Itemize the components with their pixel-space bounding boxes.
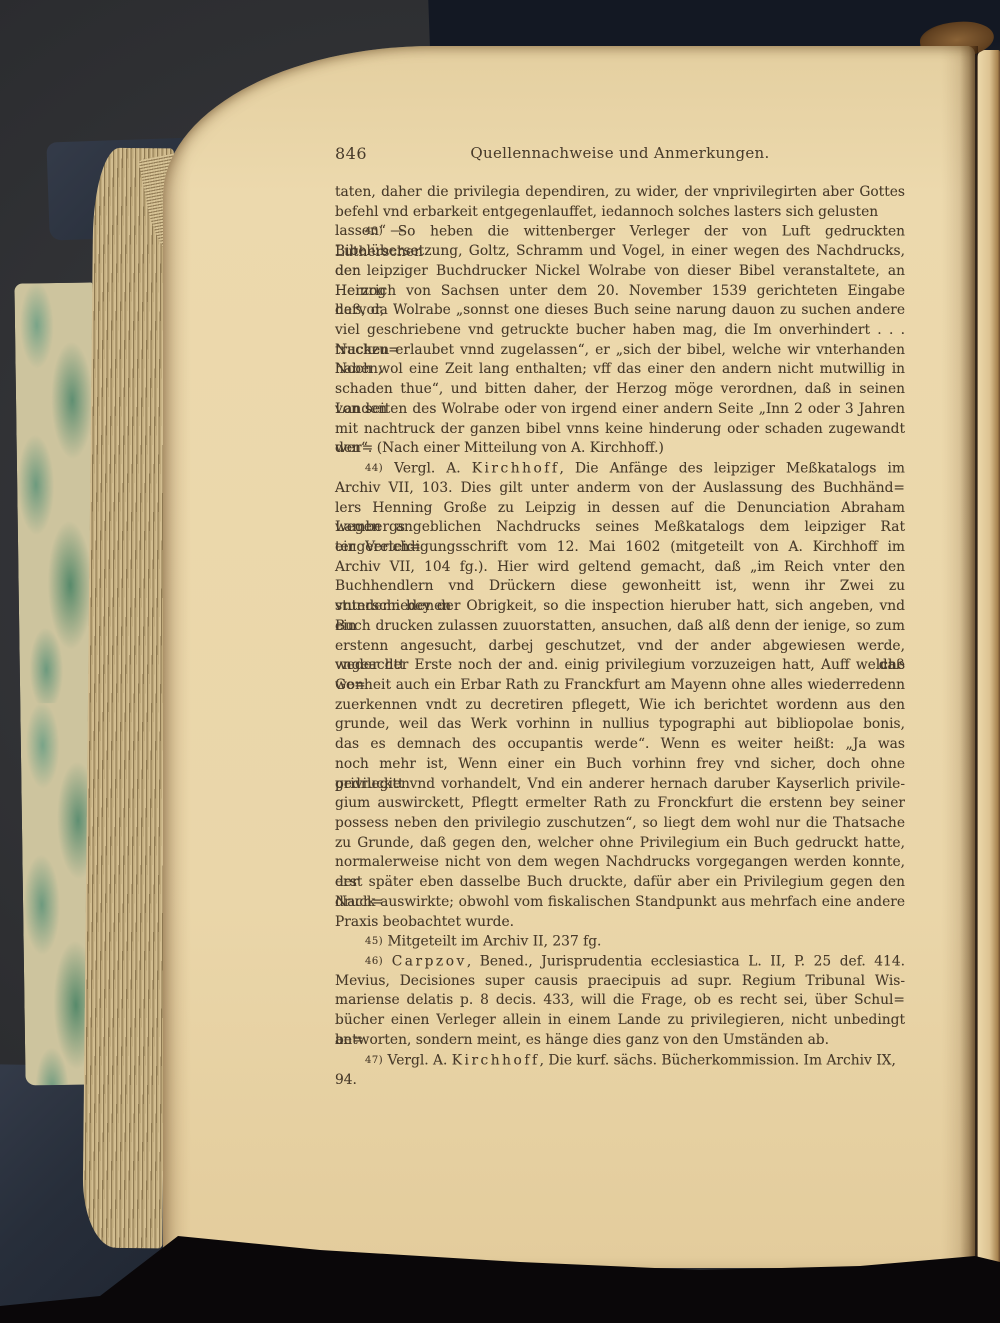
text-line: Praxis beobachtet wurde.: [335, 913, 905, 933]
footnote-number: 44): [365, 463, 383, 474]
text-segment: Archiv VII, 103. Dies gilt unter anderm …: [335, 480, 905, 496]
text-line: Mevius, Decisiones super causis praecipu…: [335, 972, 905, 992]
text-line: den“. (Nach einer Mitteilung von A. Kirc…: [335, 439, 905, 459]
text-line: Archiv VII, 104 fg.). Hier wird geltend …: [335, 558, 905, 578]
text-line: Archiv VII, 103. Dies gilt unter anderm …: [335, 479, 905, 499]
text-segment: Praxis beobachtet wurde.: [335, 914, 514, 930]
text-segment: zuerkennen vndt zu decretiren pflegett, …: [335, 697, 905, 713]
text-line: 46) Carpzov, Bened., Jurisprudentia eccl…: [335, 952, 905, 972]
text-line: Bibelübersetzung, Goltz, Schramm und Vog…: [335, 242, 905, 262]
text-segment: zu Grunde, daß gegen den, welcher ohne P…: [335, 835, 905, 851]
text-line: der leipziger Buchdrucker Nickel Wolrabe…: [335, 262, 905, 282]
text-segment: , Die Anfänge des leipziger Meßkatalogs …: [560, 461, 905, 477]
text-segment: taten, daher die privilegia dependiren, …: [335, 184, 905, 200]
text-line: 45) Mitgeteilt im Archiv II, 237 fg.: [335, 932, 905, 952]
text-segment: [383, 954, 392, 970]
text-line: zuerkennen vndt zu decretiren pflegett, …: [335, 696, 905, 716]
text-segment: ter Verteidigungsschrift vom 12. Mai 160…: [335, 539, 905, 555]
text-line: Heinrich von Sachsen unter dem 20. Novem…: [335, 282, 905, 302]
text-line: zu Grunde, daß gegen den, welcher ohne P…: [335, 834, 905, 854]
text-line: druck auswirkte; obwohl vom fiskalischen…: [335, 893, 905, 913]
text-segment: mariense delatis p. 8 decis. 433, will d…: [335, 992, 905, 1008]
text-line: mariense delatis p. 8 decis. 433, will d…: [335, 991, 905, 1011]
text-line: erst später eben dasselbe Buch druckte, …: [335, 873, 905, 893]
running-head: 846 Quellennachweise und Anmerkungen.: [335, 144, 905, 162]
text-line: 43) So heben die wittenberger Verleger d…: [335, 222, 905, 242]
book-photo-scene: 846 Quellennachweise und Anmerkungen. ta…: [0, 0, 1000, 1323]
text-line: befehl vnd erbarkeit entgegenlauffet, ie…: [335, 203, 905, 223]
text-segment: daß, da Wolrabe „sonnst one dieses Buch …: [335, 302, 905, 318]
text-segment: Mevius, Decisiones super causis praecipu…: [335, 973, 905, 989]
text-segment: antworten, sondern meint, es hänge dies …: [335, 1032, 829, 1048]
running-header-title: Quellennachweise und Anmerkungen.: [335, 144, 905, 162]
text-line: antworten, sondern meint, es hänge dies …: [335, 1031, 905, 1051]
text-segment: Carpzov: [392, 954, 467, 970]
text-line: das es demnach des occupantis werde“. We…: [335, 735, 905, 755]
text-segment: possess neben den privilegio zuschutzen“…: [335, 815, 905, 831]
text-segment: wonheit auch ein Erbar Rath zu Franckfur…: [335, 677, 905, 693]
text-line: noch mehr ist, Wenn einer ein Buch vorhi…: [335, 755, 905, 775]
text-line: daß, da Wolrabe „sonnst one dieses Buch …: [335, 301, 905, 321]
footnote-number: 46): [365, 956, 383, 967]
text-segment: das es demnach des occupantis werde“. We…: [335, 736, 905, 752]
book-page: 846 Quellennachweise und Anmerkungen. ta…: [163, 46, 975, 1268]
text-line: Buchhendlern vnd Drückern diese gewonhei…: [335, 577, 905, 597]
footnote-number: 47): [365, 1055, 383, 1066]
text-line: grunde, weil das Werk vorhinn in nullius…: [335, 715, 905, 735]
text-line: wegen angeblichen Nachdrucks seines Meßk…: [335, 518, 905, 538]
text-segment: von seiten des Wolrabe oder von irgend e…: [335, 401, 905, 417]
text-line: Buch drucken zulassen zuuorstatten, ansu…: [335, 617, 905, 637]
text-line: bücher einen Verleger allein in einem La…: [335, 1011, 905, 1031]
text-line: 44) Vergl. A. Kirchhoff, Die Anfänge des…: [335, 459, 905, 479]
facing-page-edge: [977, 50, 1000, 1262]
text-segment: gium auswirckett, Pflegtt ermelter Rath …: [335, 795, 905, 811]
text-line: lers Henning Große zu Leipzig in dessen …: [335, 499, 905, 519]
footnote-number: 43): [365, 226, 383, 237]
text-line: viel geschriebene vnd getruckte bucher h…: [335, 321, 905, 341]
text-segment: druck auswirkte; obwohl vom fiskalischen…: [335, 894, 905, 910]
text-line: erstenn angesucht, darbej geschutzet, vn…: [335, 637, 905, 657]
text-segment: gedrucktt vnd vorhandelt, Vnd ein andere…: [335, 776, 905, 792]
text-line: possess neben den privilegio zuschutzen“…: [335, 814, 905, 834]
text-line: schaden thue“, und bitten daher, der Her…: [335, 380, 905, 400]
text-line: trucken erlaubet vnnd zugelassen“, er „s…: [335, 341, 905, 361]
text-segment: Buch drucken zulassen zuuorstatten, ansu…: [335, 618, 905, 634]
page-number: 846: [335, 144, 367, 163]
text-line: mit nachtruck der ganzen bibel vnns kein…: [335, 420, 905, 440]
text-line: wonheit auch ein Erbar Rath zu Franckfur…: [335, 676, 905, 696]
text-segment: Kirchhoff: [472, 461, 560, 477]
text-block: taten, daher die privilegia dependiren, …: [335, 183, 905, 1070]
text-segment: Vergl. A.: [383, 461, 472, 477]
text-segment: Kirchhoff: [452, 1052, 540, 1068]
text-segment: , Bened., Jurisprudentia ecclesiastica L…: [467, 954, 905, 970]
text-line: von seiten des Wolrabe oder von irgend e…: [335, 400, 905, 420]
text-line: normalerweise nicht von dem wegen Nachdr…: [335, 853, 905, 873]
text-line: stundenn bey der Obrigkeit, so die inspe…: [335, 597, 905, 617]
text-segment: Noch wol eine Zeit lang enthalten; vff d…: [335, 361, 905, 377]
text-line: weder der Erste noch der and. einig priv…: [335, 656, 905, 676]
text-segment: Archiv VII, 104 fg.). Hier wird geltend …: [335, 559, 905, 575]
text-segment: Mitgeteilt im Archiv II, 237 fg.: [383, 934, 601, 950]
footnote-number: 45): [365, 936, 383, 947]
text-segment: grunde, weil das Werk vorhinn in nullius…: [335, 716, 905, 732]
text-segment: Vergl. A.: [383, 1052, 452, 1068]
text-line: 47) Vergl. A. Kirchhoff, Die kurf. sächs…: [335, 1051, 905, 1071]
text-line: gium auswirckett, Pflegtt ermelter Rath …: [335, 794, 905, 814]
gutter-fold-shadow: [960, 46, 978, 1268]
page-stack-fore-edge: [82, 148, 174, 1249]
text-line: taten, daher die privilegia dependiren, …: [335, 183, 905, 203]
text-line: Noch wol eine Zeit lang enthalten; vff d…: [335, 360, 905, 380]
text-line: ter Verteidigungsschrift vom 12. Mai 160…: [335, 538, 905, 558]
text-line: gedrucktt vnd vorhandelt, Vnd ein andere…: [335, 775, 905, 795]
text-segment: den“. (Nach einer Mitteilung von A. Kirc…: [335, 440, 664, 456]
